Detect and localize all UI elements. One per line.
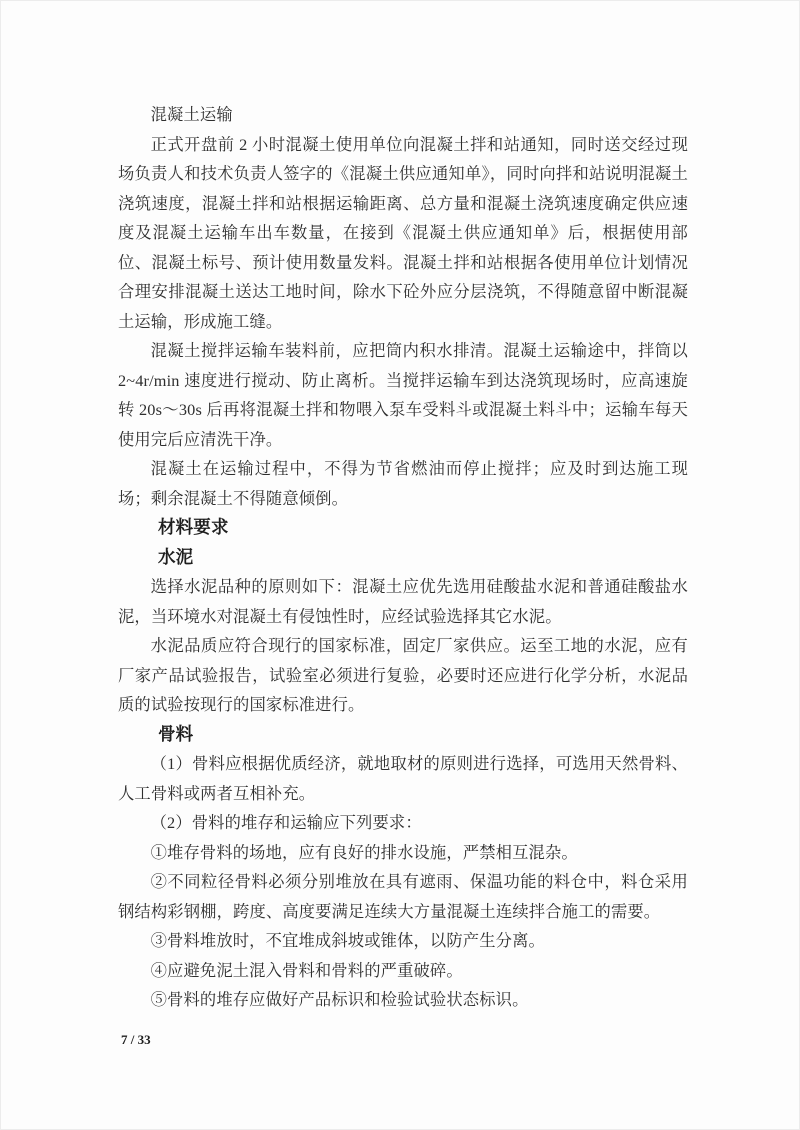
page-number: 7 / 33	[121, 1031, 151, 1049]
list-item-aggregate-storage-2: ②不同粒径骨料必须分别堆放在具有遮雨、保温功能的料仓中，料仓采用钢结构彩钢棚，跨…	[118, 867, 688, 926]
paragraph-transport-rules: 混凝土在运输过程中，不得为节省燃油而停止搅拌；应及时到达施工现场；剩余混凝土不得…	[118, 454, 688, 513]
heading-aggregate: 骨料	[118, 720, 688, 750]
paragraph-aggregate-selection: （1）骨料应根据优质经济，就地取材的原则进行选择，可选用天然骨料、人工骨料或两者…	[118, 749, 688, 808]
list-item-aggregate-storage-5: ⑤骨料的堆存应做好产品标识和检验试验状态标识。	[118, 985, 688, 1015]
paragraph-aggregate-storage-intro: （2）骨料的堆存和运输应下列要求：	[118, 808, 688, 838]
list-item-aggregate-storage-1: ①堆存骨料的场地，应有良好的排水设施，严禁相互混杂。	[118, 838, 688, 868]
heading-material-requirements: 材料要求	[118, 513, 688, 543]
heading-cement: 水泥	[118, 543, 688, 573]
list-item-aggregate-storage-3: ③骨料堆放时，不宜堆成斜坡或锥体，以防产生分离。	[118, 926, 688, 956]
paragraph-concrete-transport-title: 混凝土运输	[118, 100, 688, 130]
paragraph-mixer-truck: 混凝土搅拌运输车装料前，应把筒内积水排清。混凝土运输途中，拌筒以 2~4r/mi…	[118, 336, 688, 454]
paragraph-cement-quality: 水泥品质应符合现行的国家标准，固定厂家供应。运至工地的水泥，应有厂家产品试验报告…	[118, 631, 688, 720]
document-page: 混凝土运输 正式开盘前 2 小时混凝土使用单位向混凝土拌和站通知，同时送交经过现…	[0, 0, 800, 1130]
paragraph-supply-notice: 正式开盘前 2 小时混凝土使用单位向混凝土拌和站通知，同时送交经过现场负责人和技…	[118, 130, 688, 337]
paragraph-cement-selection: 选择水泥品种的原则如下：混凝土应优先选用硅酸盐水泥和普通硅酸盐水泥，当环境水对混…	[118, 572, 688, 631]
list-item-aggregate-storage-4: ④应避免泥土混入骨料和骨料的严重破碎。	[118, 956, 688, 986]
page-text-body: 混凝土运输 正式开盘前 2 小时混凝土使用单位向混凝土拌和站通知，同时送交经过现…	[118, 100, 688, 1015]
